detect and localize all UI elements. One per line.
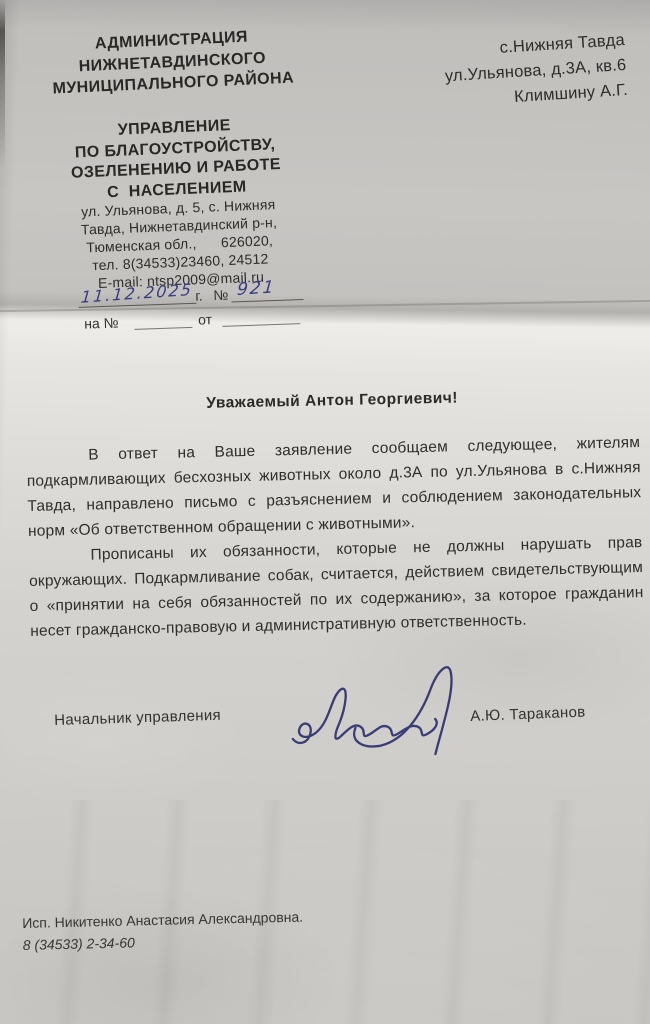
date-unit-label: г.	[195, 288, 203, 304]
body-paragraph: Прописаны их обязанности, которые не дол…	[28, 530, 644, 644]
handwritten-signature	[280, 661, 473, 768]
executor-block: Исп. Никитенко Анастасия Александровна. …	[22, 904, 363, 956]
document-number-block: 11.12.2025 г. № 921 на № от	[45, 280, 327, 346]
body-paragraph: В ответ на Ваше заявление сообщаем следу…	[26, 430, 642, 544]
ref-ot-label: от	[198, 311, 212, 327]
letterhead-org: АДМИНИСТРАЦИЯ НИЖНЕТАВДИНСКОГО МУНИЦИПАЛ…	[40, 24, 305, 100]
letter-body: В ответ на Ваше заявление сообщаем следу…	[26, 430, 644, 644]
ref-na-label: на №	[84, 314, 119, 331]
photo-edge-shadow	[0, 0, 5, 340]
number-sign-label: №	[213, 287, 229, 304]
letterhead-department: УПРАВЛЕНИЕ ПО БЛАГОУСТРОЙСТВУ, ОЗЕЛЕНЕНИ…	[40, 113, 311, 206]
handwritten-number: 921	[236, 277, 276, 300]
ref-na-underline	[134, 327, 192, 330]
letter-photo: АДМИНИСТРАЦИЯ НИЖНЕТАВДИНСКОГО МУНИЦИПАЛ…	[0, 0, 650, 1024]
ref-ot-underline	[222, 323, 300, 327]
salutation: Уважаемый Антон Георгиевич!	[150, 388, 514, 414]
recipient-block: с.Нижняя Тавда ул.Ульянова, д.3А, кв.6 К…	[345, 28, 629, 120]
